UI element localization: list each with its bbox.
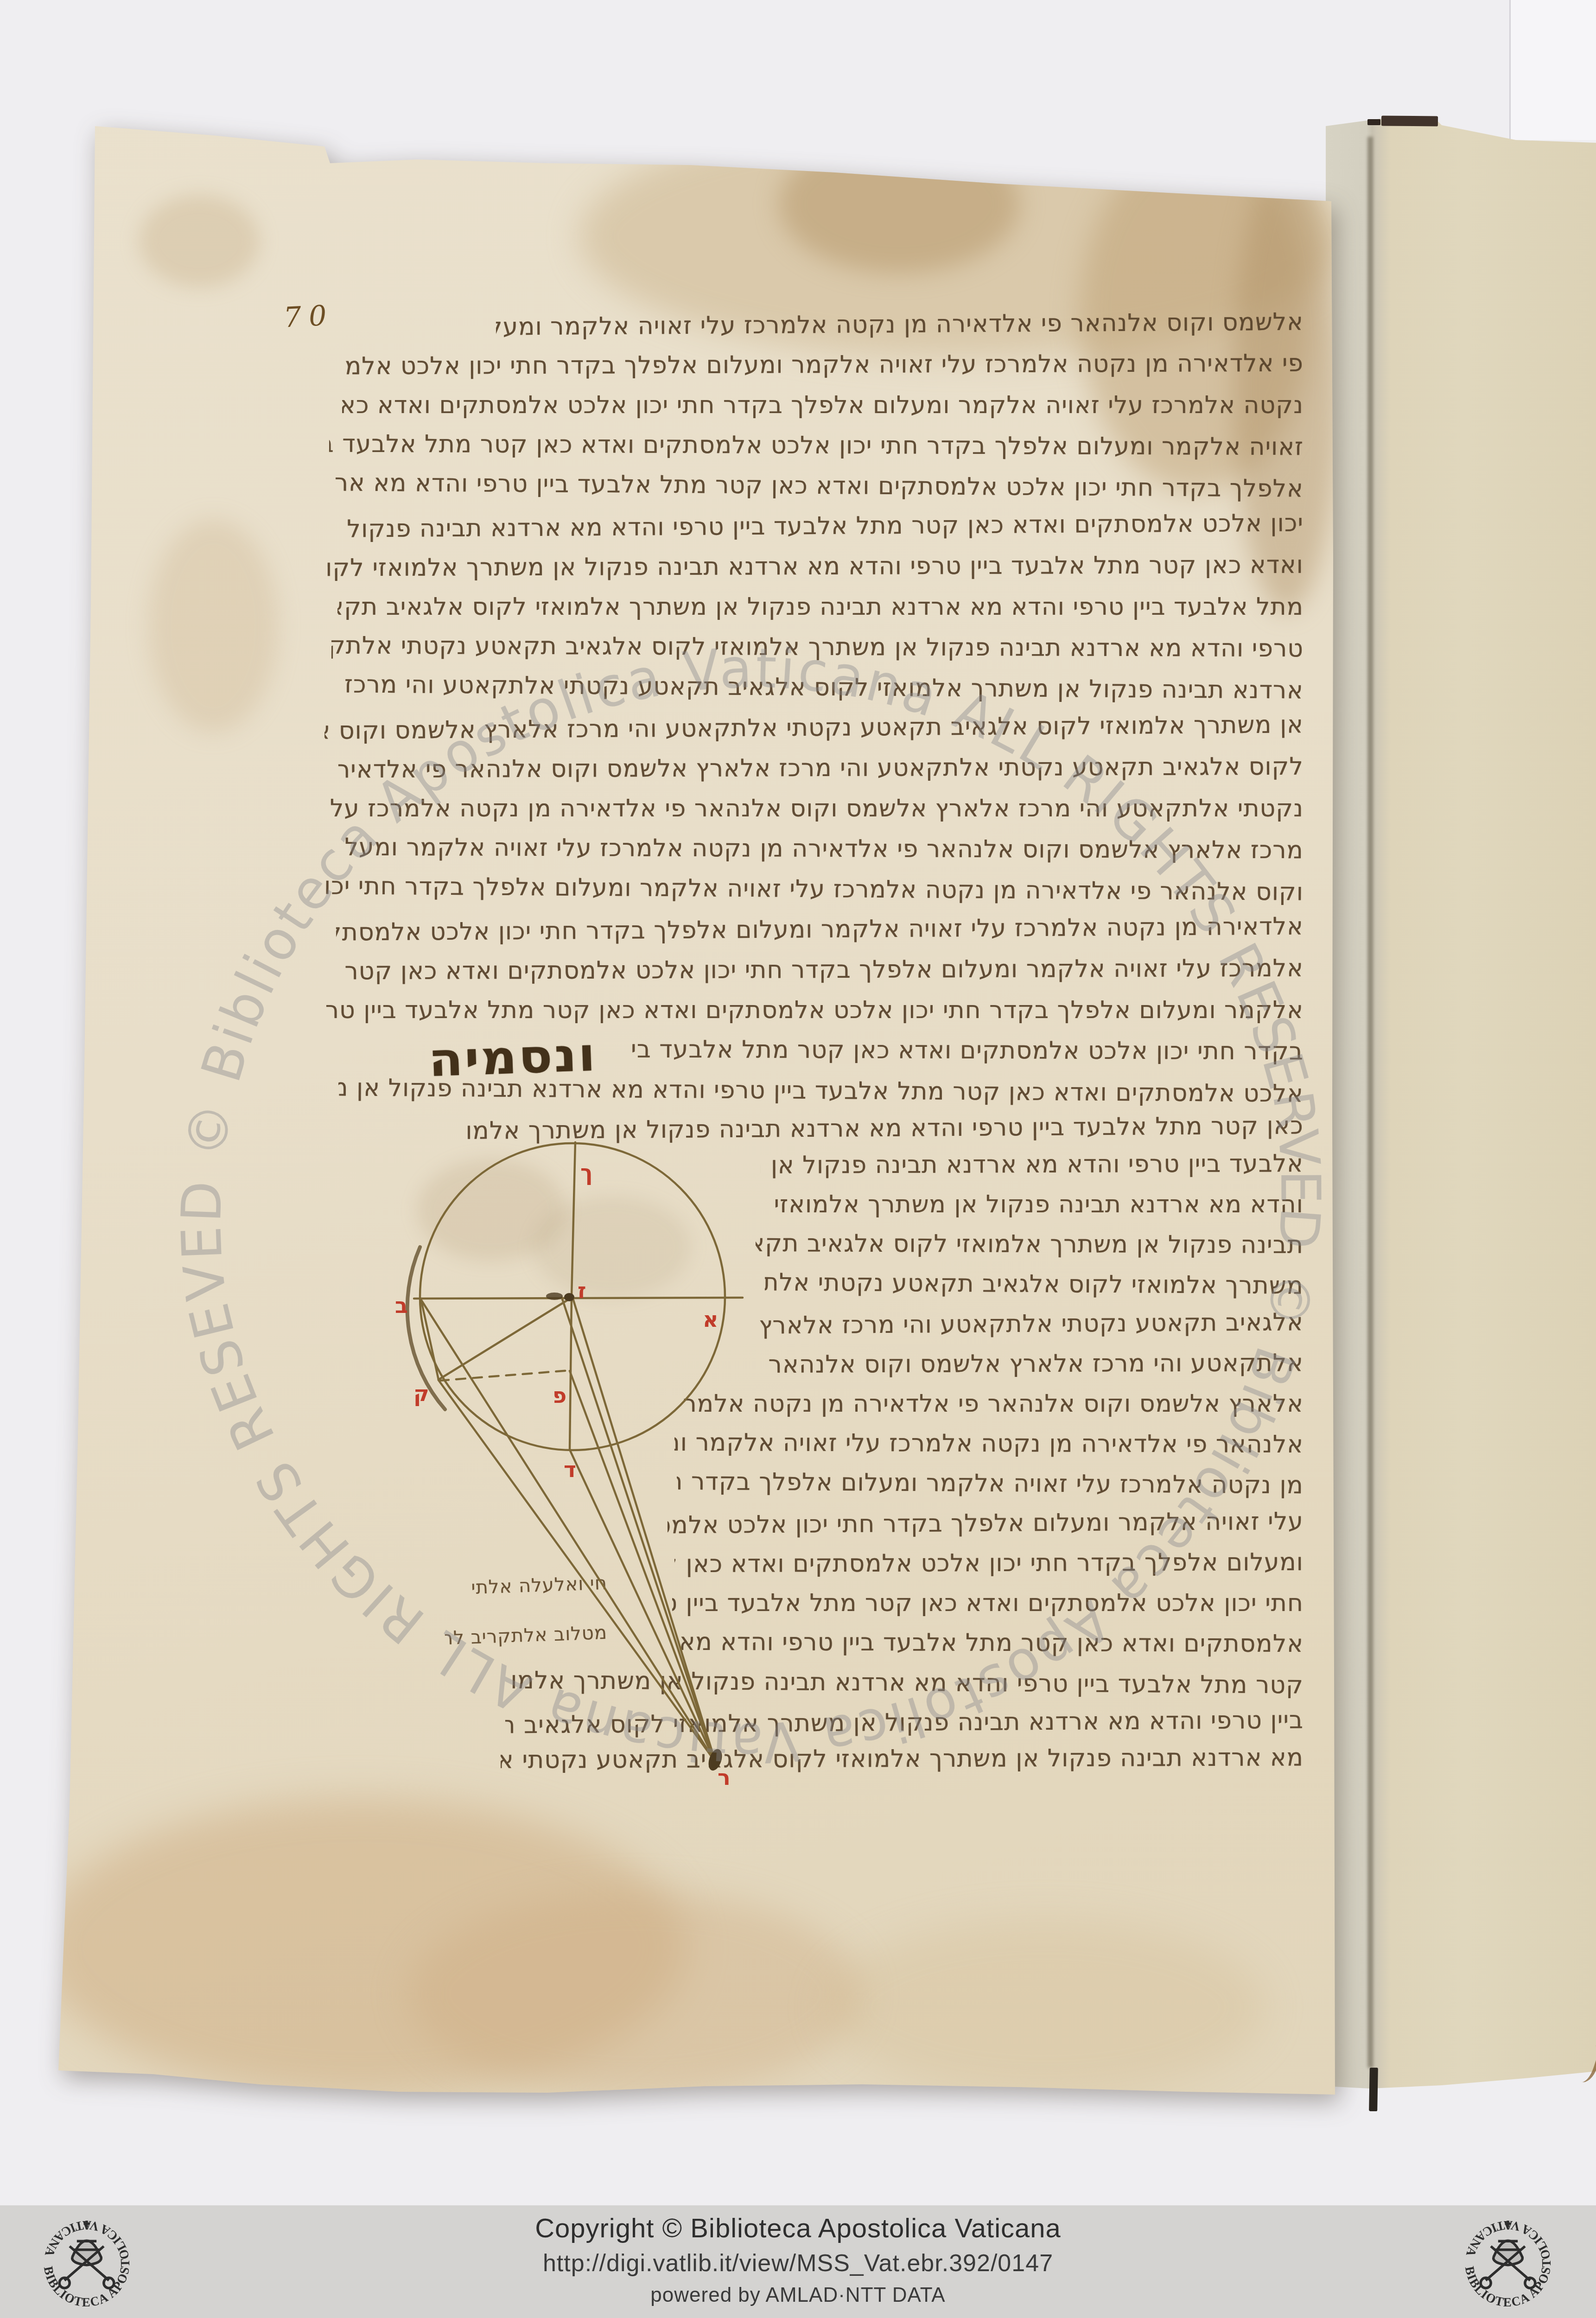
manuscript-text-line: פי אלדאירה מן נקטה אלמרכז עלי זאויה אלקמ… (345, 349, 1304, 383)
vatican-library-emblem-left: BIBLIOTECA APOSTOLICA VATICANA (29, 2210, 145, 2317)
manuscript-text-line: עלי זאויה אלקמר ומעלום אלפלך בקדר חתי יכ… (668, 1507, 1304, 1542)
scan-viewer-page: { "page": { "folio_number": "70" }, "man… (0, 0, 1596, 2318)
manuscript-text-line: ואדא כאן קטר מתל אלבעד ביין טרפי והדא מא… (327, 550, 1304, 585)
manuscript-text-line: תבינה פנקול אן משתרך אלמואזי לקוס אלגאיב… (756, 1229, 1304, 1262)
manuscript-text-line: טרפי והדא מא ארדנא תבינה פנקול אן משתרך … (331, 631, 1304, 666)
manuscript-text-line: משתרך אלמואזי לקוס אלגאיב תקאטע נקטתי אל… (765, 1267, 1304, 1302)
vatican-library-emblem-right: BIBLIOTECA APOSTOLICA VATICANA (1450, 2210, 1566, 2317)
manuscript-text-block: אלשמס וקוס אלנהאר פי אלדאירה מן נקטה אלמ… (0, 0, 1596, 2318)
manuscript-page: 70 ונסמיה אלשמס וקוס אלנהאר פי אלדאירה מ… (0, 0, 1596, 2318)
footer-bar: Copyright © Biblioteca Apostolica Vatica… (0, 2205, 1596, 2318)
manuscript-text-line: וקוס אלנהאר פי אלדאירה מן נקטה אלמרכז על… (324, 871, 1304, 909)
manuscript-text-line: אלבעד ביין טרפי והדא מא ארדנא תבינה פנקו… (760, 1149, 1304, 1182)
manuscript-text-line: אלפלך בקדר חתי יכון אלכט אלמסתקים ואדא כ… (335, 468, 1304, 505)
manuscript-text-line: מתל אלבעד ביין טרפי והדא מא ארדנא תבינה … (337, 592, 1304, 624)
manuscript-text-line: מן נקטה אלמרכז עלי זאויה אלקמר ומעלום אל… (677, 1467, 1304, 1502)
manuscript-page-wrap: 70 ונסמיה אלשמס וקוס אלנהאר פי אלדאירה מ… (0, 0, 1596, 2318)
manuscript-text-line: מרכז אלארץ אלשמס וקוס אלנהאר פי אלדאירה … (344, 833, 1304, 867)
manuscript-text-line: אלנהאר פי אלדאירה מן נקטה אלמרכז עלי זאו… (674, 1428, 1304, 1461)
manuscript-text-line: בקדר חתי יכון אלכט אלמסתקים ואדא כאן קטר… (630, 1035, 1304, 1069)
manuscript-text-line: אלשמס וקוס אלנהאר פי אלדאירה מן נקטה אלמ… (496, 307, 1304, 344)
manuscript-text-line: ומעלום אלפלך בקדר חתי יכון אלכט אלמסתקים… (674, 1547, 1304, 1581)
manuscript-text-line: אלדאירה מן נקטה אלמרכז עלי זאויה אלקמר ו… (336, 911, 1304, 949)
manuscript-text-line: קטר מתל אלבעד ביין טרפי והדא מא ארדנא תב… (510, 1666, 1304, 1702)
manuscript-text-line: נקטתי אלתקאטע והי מרכז אלארץ אלשמס וקוס … (328, 794, 1304, 825)
manuscript-text-line: לקוס אלגאיב תקאטע נקטתי אלתקאטע והי מרכז… (338, 752, 1304, 787)
manuscript-text-line: אן משתרך אלמואזי לקוס אלגאיב תקאטע נקטתי… (324, 710, 1304, 747)
manuscript-text-line: אלכט אלמסתקים ואדא כאן קטר מתל אלבעד ביי… (338, 1073, 1304, 1110)
manuscript-text-line: אלקמר ומעלום אלפלך בקדר חתי יכון אלכט אל… (325, 995, 1304, 1027)
footer-url: http://digi.vatlib.it/view/MSS_Vat.ebr.3… (0, 2249, 1596, 2277)
manuscript-text-line: נקטה אלמרכז עלי זאויה אלקמר ומעלום אלפלך… (342, 390, 1304, 422)
manuscript-text-line: אלתקאטע והי מרכז אלארץ אלשמס וקוס אלנהאר… (763, 1348, 1304, 1382)
manuscript-text-line: אלמסתקים ואדא כאן קטר מתל אלבעד ביין טרפ… (679, 1627, 1304, 1661)
footer-powered-by: powered by AMLAD·NTT DATA (0, 2284, 1596, 2307)
manuscript-text-line: ארדנא תבינה פנקול אן משתרך אלמואזי לקוס … (343, 669, 1304, 707)
manuscript-text-line: והדא מא ארדנא תבינה פנקול אן משתרך אלמוא… (769, 1190, 1304, 1221)
manuscript-text-line: יכון אלכט אלמסתקים ואדא כאן קטר מתל אלבע… (341, 508, 1304, 546)
manuscript-text-line: אלמרכז עלי זאויה אלקמר ומעלום אלפלך בקדר… (345, 954, 1304, 988)
manuscript-text-line: מא ארדנא תבינה פנקול אן משתרך אלמואזי לק… (501, 1743, 1304, 1777)
manuscript-text-line: אלארץ אלשמס וקוס אלנהאר פי אלדאירה מן נק… (681, 1389, 1304, 1420)
manuscript-text-line: אלגאיב תקאטע נקטתי אלתקאטע והי מרכז אלאר… (758, 1307, 1304, 1342)
manuscript-text-line: זאויה אלקמר ומעלום אלפלך בקדר חתי יכון א… (329, 429, 1304, 464)
manuscript-text-line: חתי יכון אלכט אלמסתקים ואדא כאן קטר מתל … (672, 1588, 1304, 1620)
footer-copyright: Copyright © Biblioteca Apostolica Vatica… (0, 2205, 1596, 2244)
manuscript-text-line: ביין טרפי והדא מא ארדנא תבינה פנקול אן מ… (505, 1706, 1304, 1742)
manuscript-text-line: כאן קטר מתל אלבעד ביין טרפי והדא מא ארדנ… (466, 1111, 1304, 1147)
